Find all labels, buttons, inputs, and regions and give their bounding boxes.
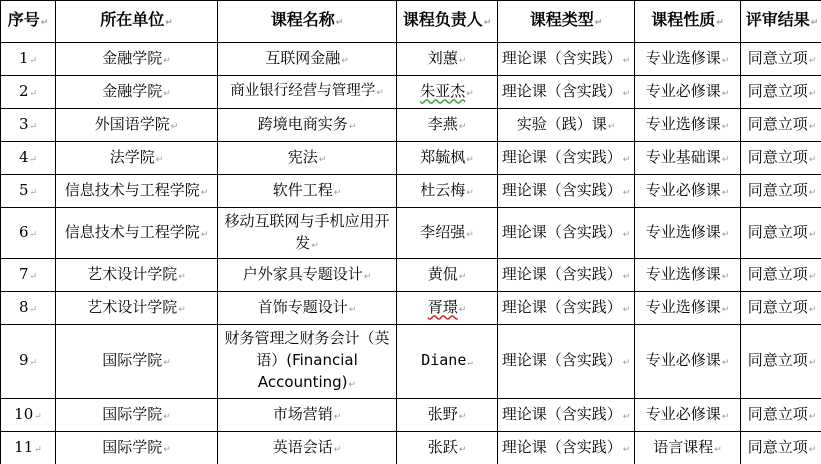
cell-course-type: 理论课（含实践）↵	[498, 175, 635, 208]
spellcheck-mark: 朱亚杰	[420, 82, 465, 100]
cell-index: 11↵	[1, 432, 56, 464]
cell-course-lead: 张野↵	[397, 399, 498, 432]
cell-review-result: 同意立项↵	[741, 432, 821, 464]
cell-course-nature: 专业必修课↵	[635, 76, 741, 109]
cell-course-lead: 张跃↵	[397, 432, 498, 464]
cell-course-type: 实验（践）课↵	[498, 109, 635, 142]
cell-unit: 国际学院↵	[56, 432, 218, 464]
cell-unit: 法学院↵	[56, 142, 218, 175]
cell-unit: 金融学院↵	[56, 43, 218, 76]
cell-review-result: 同意立项↵	[741, 325, 821, 399]
cell-course-lead: 朱亚杰↵	[397, 76, 498, 109]
header-row: 序号↵ 所在单位↵ 课程名称↵ 课程负责人↵ 课程类型↵ 课程性质↵ 评审结果↵	[1, 1, 821, 43]
cell-unit: 外国语学院↵	[56, 109, 218, 142]
cell-course-name: 软件工程↵	[218, 175, 397, 208]
cell-review-result: 同意立项↵	[741, 142, 821, 175]
cell-course-lead: 刘蕙↵	[397, 43, 498, 76]
cell-course-name: 移动互联网与手机应用开发↵	[218, 208, 397, 259]
cell-course-type: 理论课（含实践）↵	[498, 76, 635, 109]
cell-course-name: 首饰专题设计↵	[218, 292, 397, 325]
cell-index: 4↵	[1, 142, 56, 175]
header-course-name: 课程名称↵	[218, 1, 397, 43]
header-course-nature: 课程性质↵	[635, 1, 741, 43]
cell-course-lead: 李绍强↵	[397, 208, 498, 259]
cell-review-result: 同意立项↵	[741, 43, 821, 76]
cell-course-lead: Diane↵	[397, 325, 498, 399]
table-row: 1↵ 金融学院↵ 互联网金融↵ 刘蕙↵ 理论课（含实践）↵ 专业选修课↵ 同意立…	[1, 43, 821, 76]
cell-course-name: 宪法↵	[218, 142, 397, 175]
cell-index: 8↵	[1, 292, 56, 325]
cell-course-nature: 专业选修课↵	[635, 208, 741, 259]
cell-review-result: 同意立项↵	[741, 399, 821, 432]
cell-review-result: 同意立项↵	[741, 175, 821, 208]
table-row: 11↵ 国际学院↵ 英语会话↵ 张跃↵ 理论课（含实践）↵ 语言课程↵ 同意立项…	[1, 432, 821, 464]
cell-review-result: 同意立项↵	[741, 208, 821, 259]
header-index: 序号↵	[1, 1, 56, 43]
cell-unit: 艺术设计学院↵	[56, 259, 218, 292]
cell-course-nature: 专业基础课↵	[635, 142, 741, 175]
cell-index: 1↵	[1, 43, 56, 76]
table-row: 4↵ 法学院↵ 宪法↵ 郑毓枫↵ 理论课（含实践）↵ 专业基础课↵ 同意立项↵	[1, 142, 821, 175]
table-row: 3↵ 外国语学院↵ 跨境电商实务↵ 李燕↵ 实验（践）课↵ 专业选修课↵ 同意立…	[1, 109, 821, 142]
spellcheck-mark: 胥璟	[428, 298, 458, 316]
cell-course-type: 理论课（含实践）↵	[498, 43, 635, 76]
cell-index: 6↵	[1, 208, 56, 259]
cell-course-nature: 专业必修课↵	[635, 399, 741, 432]
cell-index: 7↵	[1, 259, 56, 292]
cell-unit: 信息技术与工程学院↵	[56, 208, 218, 259]
cell-course-type: 理论课（含实践）↵	[498, 399, 635, 432]
cell-course-name: 户外家具专题设计↵	[218, 259, 397, 292]
cell-unit: 信息技术与工程学院↵	[56, 175, 218, 208]
cell-unit: 国际学院↵	[56, 399, 218, 432]
cell-course-nature: 语言课程↵	[635, 432, 741, 464]
table-row: 2↵ 金融学院↵ 商业银行经营与管理学↵ 朱亚杰↵ 理论课（含实践）↵ 专业必修…	[1, 76, 821, 109]
cell-review-result: 同意立项↵	[741, 109, 821, 142]
cell-course-nature: 专业选修课↵	[635, 109, 741, 142]
cell-course-nature: 专业选修课↵	[635, 292, 741, 325]
cell-course-lead: 胥璟↵	[397, 292, 498, 325]
cell-course-name: 财务管理之财务会计（英语）(Financial Accounting)↵	[218, 325, 397, 399]
cell-course-lead: 郑毓枫↵	[397, 142, 498, 175]
cell-index: 9↵	[1, 325, 56, 399]
table-row: 5↵ 信息技术与工程学院↵ 软件工程↵ 杜云梅↵ 理论课（含实践）↵ 专业必修课…	[1, 175, 821, 208]
cell-review-result: 同意立项↵	[741, 259, 821, 292]
cell-unit: 金融学院↵	[56, 76, 218, 109]
cell-course-name: 英语会话↵	[218, 432, 397, 464]
course-approval-table: 序号↵ 所在单位↵ 课程名称↵ 课程负责人↵ 课程类型↵ 课程性质↵ 评审结果↵…	[0, 0, 821, 464]
cell-index: 5↵	[1, 175, 56, 208]
cell-course-lead: 李燕↵	[397, 109, 498, 142]
cell-course-nature: 专业必修课↵	[635, 175, 741, 208]
cell-course-nature: 专业选修课↵	[635, 259, 741, 292]
cell-course-name: 市场营销↵	[218, 399, 397, 432]
cell-unit: 艺术设计学院↵	[56, 292, 218, 325]
table-row: 8↵ 艺术设计学院↵ 首饰专题设计↵ 胥璟↵ 理论课（含实践）↵ 专业选修课↵ …	[1, 292, 821, 325]
table-row: 6↵ 信息技术与工程学院↵ 移动互联网与手机应用开发↵ 李绍强↵ 理论课（含实践…	[1, 208, 821, 259]
cell-index: 2↵	[1, 76, 56, 109]
cell-index: 10↵	[1, 399, 56, 432]
cell-unit: 国际学院↵	[56, 325, 218, 399]
cell-review-result: 同意立项↵	[741, 292, 821, 325]
cell-course-lead: 黄侃↵	[397, 259, 498, 292]
cell-course-name: 互联网金融↵	[218, 43, 397, 76]
table-row: 9↵ 国际学院↵ 财务管理之财务会计（英语）(Financial Account…	[1, 325, 821, 399]
header-unit: 所在单位↵	[56, 1, 218, 43]
cell-course-lead: 杜云梅↵	[397, 175, 498, 208]
cell-course-name: 跨境电商实务↵	[218, 109, 397, 142]
cell-course-type: 理论课（含实践）↵	[498, 259, 635, 292]
cell-course-type: 理论课（含实践）↵	[498, 432, 635, 464]
cell-course-type: 理论课（含实践）↵	[498, 208, 635, 259]
header-course-type: 课程类型↵	[498, 1, 635, 43]
cell-course-nature: 专业选修课↵	[635, 43, 741, 76]
header-review-result: 评审结果↵	[741, 1, 821, 43]
cell-course-type: 理论课（含实践）↵	[498, 142, 635, 175]
table-row: 7↵ 艺术设计学院↵ 户外家具专题设计↵ 黄侃↵ 理论课（含实践）↵ 专业选修课…	[1, 259, 821, 292]
header-course-lead: 课程负责人↵	[397, 1, 498, 43]
cell-review-result: 同意立项↵	[741, 76, 821, 109]
table-row: 10↵ 国际学院↵ 市场营销↵ 张野↵ 理论课（含实践）↵ 专业必修课↵ 同意立…	[1, 399, 821, 432]
cell-course-nature: 专业必修课↵	[635, 325, 741, 399]
cell-course-name: 商业银行经营与管理学↵	[218, 76, 397, 109]
cell-index: 3↵	[1, 109, 56, 142]
cell-course-type: 理论课（含实践）↵	[498, 292, 635, 325]
cell-course-type: 理论课（含实践）↵	[498, 325, 635, 399]
